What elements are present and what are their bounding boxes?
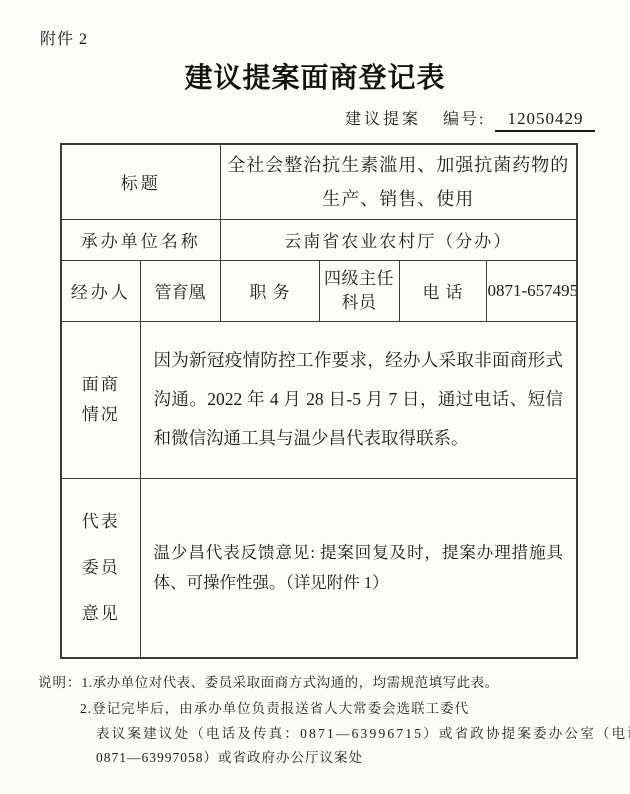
phone-label: 电话	[399, 260, 486, 321]
handler-label: 经办人	[61, 260, 140, 321]
table-row-meeting: 面商 情况 因为新冠疫情防控工作要求，经办人采取非面商形式沟通。2022 年 4…	[61, 321, 577, 478]
note-line-4: 0871—63997058）或省政府办公厅议案处	[96, 746, 363, 766]
opinion-content: 温少昌代表反馈意见: 提案回复及时，提案办理措施具体、可操作性强。（详见附件 1…	[141, 538, 577, 598]
table-row-handler: 经办人 管育凰 职务 四级主任 科员 电话 0871-65749524	[61, 260, 577, 321]
title-row-label: 标题	[61, 144, 220, 219]
opinion-label-line3: 意见	[62, 591, 140, 637]
note-line-3: 表议案建议处（电话及传真：0871—63996715）或省政协提案委办公室（电话…	[96, 722, 630, 742]
opinion-label: 代表 委员 意见	[61, 478, 140, 658]
unit-row-label: 承办单位名称	[61, 219, 220, 260]
opinion-label-line2: 委员	[62, 545, 140, 591]
meeting-label-line1: 面商	[62, 370, 140, 400]
table-row-opinion: 代表 委员 意见 温少昌代表反馈意见: 提案回复及时，提案办理措施具体、可操作性…	[61, 478, 577, 658]
opinion-label-line1: 代表	[62, 499, 140, 545]
opinion-content-cell: 温少昌代表反馈意见: 提案回复及时，提案办理措施具体、可操作性强。（详见附件 1…	[140, 478, 577, 658]
registration-form-table: 标题 全社会整治抗生素滥用、加强抗菌药物的 生产、销售、使用 承办单位名称 云南…	[60, 143, 578, 659]
phone-value: 0871-65749524	[486, 260, 577, 321]
notes-label: 说明：	[38, 675, 82, 690]
proposal-number-line: 建议提案 编号: 12050429	[345, 106, 595, 132]
title-value-line1: 全社会整治抗生素滥用、加强抗菌药物的	[221, 148, 577, 182]
position-value-line2: 科员	[320, 291, 399, 315]
proposal-number-value: 12050429	[495, 109, 595, 132]
meeting-label-line2: 情况	[62, 400, 140, 430]
meeting-content: 因为新冠疫情防控工作要求，经办人采取非面商形式沟通。2022 年 4 月 28 …	[141, 341, 577, 458]
position-label: 职务	[220, 260, 319, 321]
meeting-content-cell: 因为新冠疫情防控工作要求，经办人采取非面商形式沟通。2022 年 4 月 28 …	[140, 321, 577, 478]
title-row-value: 全社会整治抗生素滥用、加强抗菌药物的 生产、销售、使用	[220, 144, 577, 219]
meeting-label: 面商 情况	[61, 321, 140, 478]
note-line-2: 2.登记完毕后，由承办单位负责报送省人大常委会选联工委代	[80, 697, 469, 717]
unit-row-value: 云南省农业农村厅（分办）	[220, 219, 577, 260]
note-line-1: 说明：1.承办单位对代表、委员采取面商方式沟通的，均需规范填写此表。	[38, 671, 499, 691]
document-title: 建议提案面商登记表	[0, 56, 630, 96]
number-label: 编号:	[443, 111, 485, 128]
position-value-line1: 四级主任	[320, 267, 399, 291]
position-value: 四级主任 科员	[319, 260, 399, 321]
table-row-unit: 承办单位名称 云南省农业农村厅（分办）	[61, 219, 577, 260]
proposal-type-label: 建议提案	[345, 111, 421, 128]
scanned-document-page: 附件 2 建议提案面商登记表 建议提案 编号: 12050429 标题 全社会整…	[0, 0, 630, 794]
table-row-title: 标题 全社会整治抗生素滥用、加强抗菌药物的 生产、销售、使用	[61, 144, 577, 219]
note-1-text: 1.承办单位对代表、委员采取面商方式沟通的，均需规范填写此表。	[82, 675, 499, 690]
handler-name: 管育凰	[140, 260, 220, 321]
title-value-line2: 生产、销售、使用	[221, 182, 577, 216]
attachment-label: 附件 2	[40, 26, 88, 49]
